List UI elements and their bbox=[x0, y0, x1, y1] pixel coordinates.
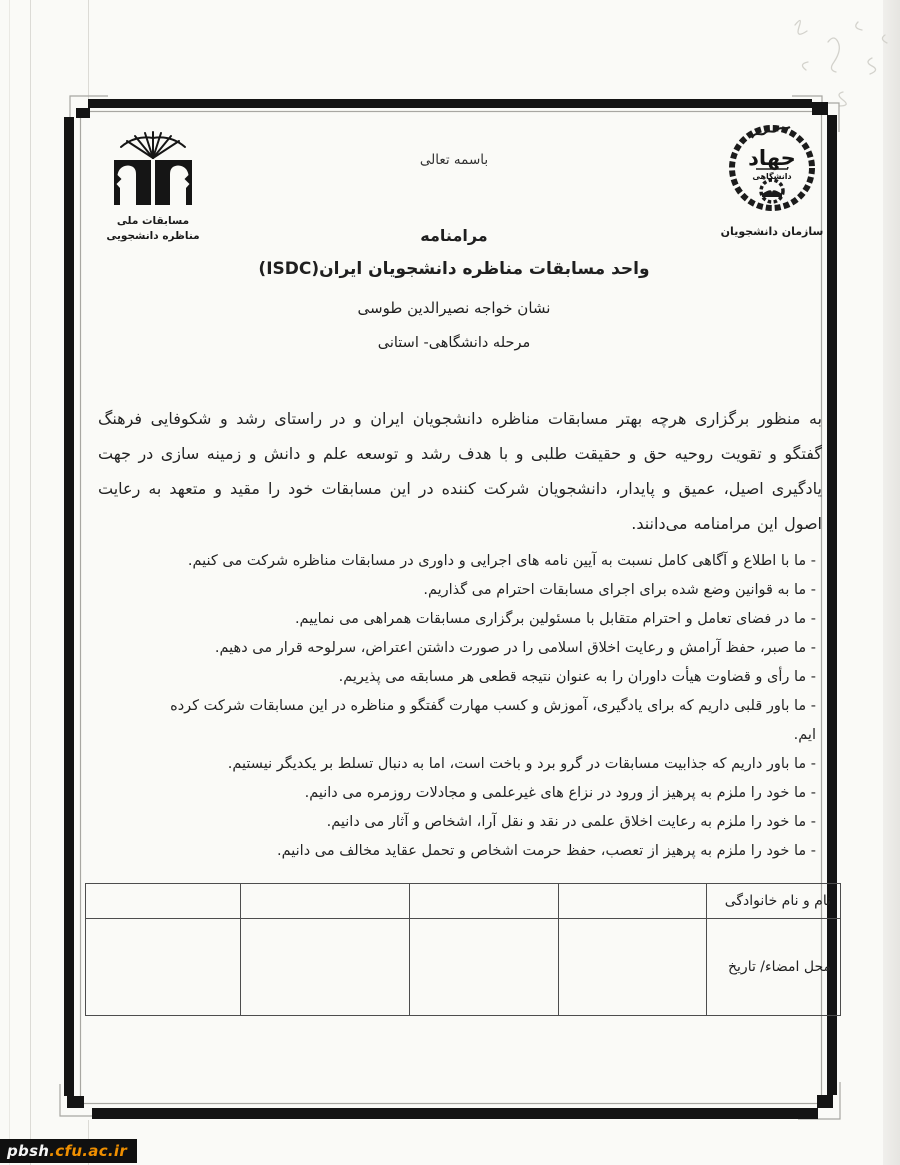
signature-table: نام و نام خانوادگی محل امضاء/ تاریخ bbox=[85, 883, 841, 1016]
doc-title: مرامنامه bbox=[85, 226, 823, 245]
table-row: محل امضاء/ تاریخ bbox=[86, 919, 841, 1016]
row-label-signature-date: محل امضاء/ تاریخ bbox=[707, 919, 841, 1016]
scan-paper-edge-line bbox=[88, 0, 89, 100]
scanned-document-page: باسمه تعالی مسابقات ملی مناظره دانشجویی … bbox=[0, 0, 900, 1165]
watermark-suffix: .cfu.ac.ir bbox=[49, 1142, 127, 1160]
scan-right-edge-shadow bbox=[883, 0, 900, 1165]
acecr-word-jahad: جهاد bbox=[748, 146, 796, 170]
scan-fold-line bbox=[30, 0, 31, 1165]
doc-subtitle: واحد مسابقات مناظره دانشجویان ایران(ISDC… bbox=[85, 259, 823, 279]
signature-cell bbox=[559, 919, 707, 1016]
commitment-item: - ما رأی و قضاوت هیأت داوران را به عنوان… bbox=[98, 663, 822, 692]
site-watermark: pbsh.cfu.ac.ir bbox=[0, 1139, 137, 1163]
debate-faces-book-icon bbox=[101, 131, 205, 209]
commitment-item: - ما خود را ملزم به پرهیز از ورود در نزا… bbox=[98, 779, 822, 808]
commitments-list: - ما با اطلاع و آگاهی کامل نسبت به آیین … bbox=[98, 547, 822, 866]
doc-badge-line: نشان خواجه نصیرالدین طوسی bbox=[85, 299, 823, 317]
watermark-prefix: pbsh bbox=[7, 1142, 49, 1160]
commitment-item: - ما باور قلبی داریم که برای یادگیری، آم… bbox=[156, 692, 822, 750]
commitment-item: - ما با اطلاع و آگاهی کامل نسبت به آیین … bbox=[98, 547, 822, 576]
table-row: نام و نام خانوادگی bbox=[86, 884, 841, 919]
scan-fold-line bbox=[9, 0, 10, 1165]
commitment-item: - ما صبر، حفظ آرامش و رعایت اخلاق اسلامی… bbox=[98, 634, 822, 663]
signature-cell bbox=[241, 919, 410, 1016]
signature-cell bbox=[86, 884, 241, 919]
intro-paragraph: به منظور برگزاری هرچه بهتر مسابقات مناظر… bbox=[98, 401, 822, 541]
commitment-item: - ما خود را ملزم به پرهیز از تعصب، حفظ ح… bbox=[98, 837, 822, 866]
row-label-name: نام و نام خانوادگی bbox=[707, 884, 841, 919]
doc-stage-line: مرحله دانشگاهی- استانی bbox=[85, 335, 823, 351]
signature-cell bbox=[410, 884, 559, 919]
acecr-logo: جهاد دانشگاهی سازمان دانشجویان bbox=[720, 118, 824, 238]
signature-cell bbox=[241, 884, 410, 919]
commitment-item: - ما به قوانین وضع شده برای اجرای مسابقا… bbox=[98, 576, 822, 605]
gear-icon bbox=[761, 180, 783, 202]
signature-cell bbox=[559, 884, 707, 919]
acecr-emblem-icon: جهاد دانشگاهی bbox=[724, 118, 820, 218]
signature-cell bbox=[410, 919, 559, 1016]
acecr-word-daneshgahi: دانشگاهی bbox=[752, 171, 791, 181]
commitment-item: - ما خود را ملزم به رعایت اخلاق علمی در … bbox=[98, 808, 822, 837]
signature-cell bbox=[86, 919, 241, 1016]
commitment-item: - ما باور داریم که جذابیت مسابقات در گرو… bbox=[98, 750, 822, 779]
commitment-item: - ما در فضای تعامل و احترام متقابل با مس… bbox=[98, 605, 822, 634]
